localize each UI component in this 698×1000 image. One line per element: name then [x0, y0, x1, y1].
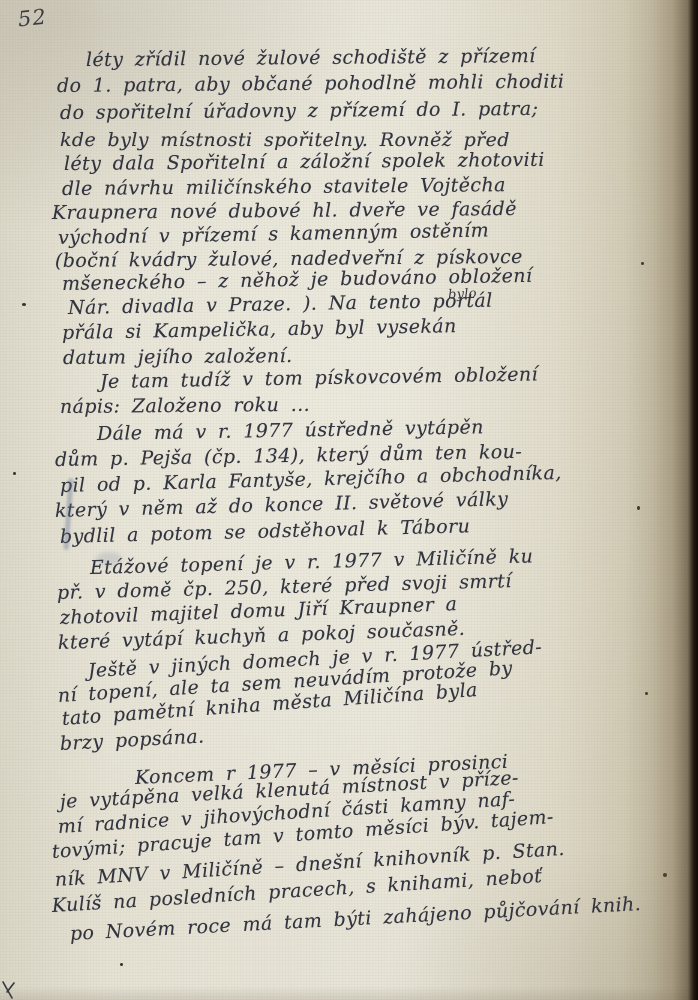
- handwriting-line: do 1. patra, aby občané pohodlně mohli c…: [57, 72, 565, 98]
- book-edge-shadow: [624, 0, 698, 1000]
- handwriting-line: léty zřídil nové žulové schodiště z příz…: [86, 46, 536, 72]
- handwriting-line: dle návrhu miličínského stavitele Vojtěc…: [62, 175, 506, 201]
- handwriting-line: východní v přízemí s kamenným ostěním: [58, 220, 489, 249]
- ink-smudge-faint: [96, 552, 122, 566]
- handwriting-line: kde byly místnosti spořitelny. Rovněž př…: [60, 130, 510, 152]
- handwriting-line: do spořitelní úřadovny z přízemí do I. p…: [60, 99, 539, 125]
- handwriting-line: nápis: Založeno roku ...: [60, 395, 310, 419]
- handwriting-line: datum jejího založení.: [63, 346, 293, 370]
- paper-speck: [13, 472, 16, 475]
- page-edge-shadow-bottom: [0, 986, 698, 1000]
- manuscript-page: 52 léty zřídil nové žulové schodiště z p…: [0, 0, 698, 1000]
- handwriting-line: léty dala Spořitelní a záložní spolek zh…: [64, 150, 545, 176]
- handwriting-line: přála si Kampelička, aby byl vysekán: [62, 316, 457, 345]
- interline-insertion: bylo: [448, 286, 478, 302]
- paper-speck: [120, 963, 123, 966]
- handwriting-line: brzy popsána.: [59, 726, 205, 755]
- paper-speck: [22, 303, 26, 306]
- page-number: 52: [17, 5, 48, 32]
- handwriting-line: bydlil a potom se odstěhoval k Táboru: [60, 516, 471, 549]
